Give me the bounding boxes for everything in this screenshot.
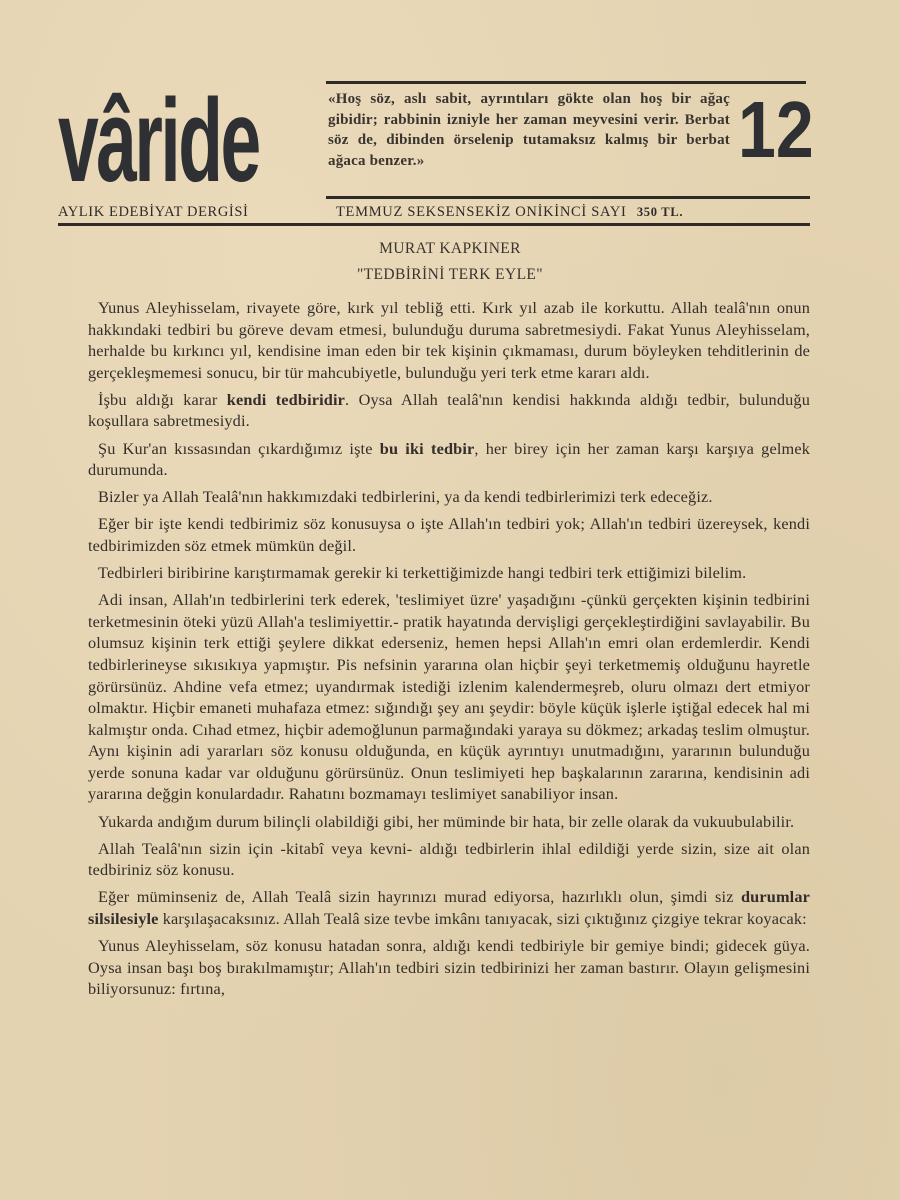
article-title: "TEDBİRİNİ TERK EYLE"	[0, 266, 900, 284]
paragraph-text: Allah Tealâ'nın sizin için -kitabî veya …	[88, 839, 810, 880]
emphasis-text: kendi tedbiridir	[227, 390, 345, 409]
magazine-logo: vâride	[58, 82, 259, 200]
paragraph-text: karşılaşacaksınız. Allah Tealâ size tevb…	[159, 909, 807, 928]
paragraph-text: Adi insan, Allah'ın tedbirlerini terk ed…	[88, 590, 810, 803]
paragraph-text: Eğer müminseniz de, Allah Tealâ sizin ha…	[98, 887, 741, 906]
paragraph-text: Bizler ya Allah Tealâ'nın hakkımızdaki t…	[98, 487, 713, 506]
epigraph-quote: «Hoş söz, aslı sabit, ayrıntıları gökte …	[328, 89, 730, 171]
article-paragraph: Adi insan, Allah'ın tedbirlerini terk ed…	[88, 589, 810, 805]
masthead: vâride «Hoş söz, aslı sabit, ayrıntıları…	[58, 80, 810, 230]
rule-top	[326, 81, 806, 84]
paragraph-text: Tedbirleri biribirine karıştırmamak gere…	[98, 563, 746, 582]
issue-info: TEMMUZ SEKSENSEKİZ ONİKİNCİ SAYI 350 TL.	[336, 204, 683, 221]
issue-number: 12	[738, 90, 814, 170]
emphasis-text: bu iki tedbir	[380, 439, 475, 458]
article-body: Yunus Aleyhisselam, rivayete göre, kırk …	[88, 297, 810, 1005]
magazine-page: vâride «Hoş söz, aslı sabit, ayrıntıları…	[0, 0, 900, 1200]
issue-price: 350 TL.	[637, 205, 683, 219]
rule-middle	[326, 196, 810, 199]
article-paragraph: Yunus Aleyhisselam, söz konusu hatadan s…	[88, 935, 810, 1000]
paragraph-text: Eğer bir işte kendi tedbirimiz söz konus…	[88, 514, 810, 555]
article-paragraph: Yunus Aleyhisselam, rivayete göre, kırk …	[88, 297, 810, 383]
magazine-subtitle: AYLIK EDEBİYAT DERGİSİ	[58, 204, 248, 221]
article-paragraph: İşbu aldığı karar kendi tedbiridir. Oysa…	[88, 389, 810, 432]
article-paragraph: Allah Tealâ'nın sizin için -kitabî veya …	[88, 838, 810, 881]
article-paragraph: Eğer müminseniz de, Allah Tealâ sizin ha…	[88, 886, 810, 929]
article-author: MURAT KAPKINER	[0, 240, 900, 258]
article-paragraph: Tedbirleri biribirine karıştırmamak gere…	[88, 562, 810, 584]
paragraph-text: Yunus Aleyhisselam, söz konusu hatadan s…	[88, 936, 810, 998]
paragraph-text: Yukarda andığım durum bilinçli olabildiğ…	[98, 812, 794, 831]
article-paragraph: Bizler ya Allah Tealâ'nın hakkımızdaki t…	[88, 486, 810, 508]
rule-bottom	[58, 223, 810, 226]
article-paragraph: Yukarda andığım durum bilinçli olabildiğ…	[88, 811, 810, 833]
paragraph-text: Şu Kur'an kıssasından çıkardığımız işte	[98, 439, 380, 458]
paragraph-text: Yunus Aleyhisselam, rivayete göre, kırk …	[88, 298, 810, 382]
article-paragraph: Eğer bir işte kendi tedbirimiz söz konus…	[88, 513, 810, 556]
paragraph-text: İşbu aldığı karar	[98, 390, 227, 409]
issue-date-number: TEMMUZ SEKSENSEKİZ ONİKİNCİ SAYI	[336, 204, 627, 220]
article-paragraph: Şu Kur'an kıssasından çıkardığımız işte …	[88, 438, 810, 481]
